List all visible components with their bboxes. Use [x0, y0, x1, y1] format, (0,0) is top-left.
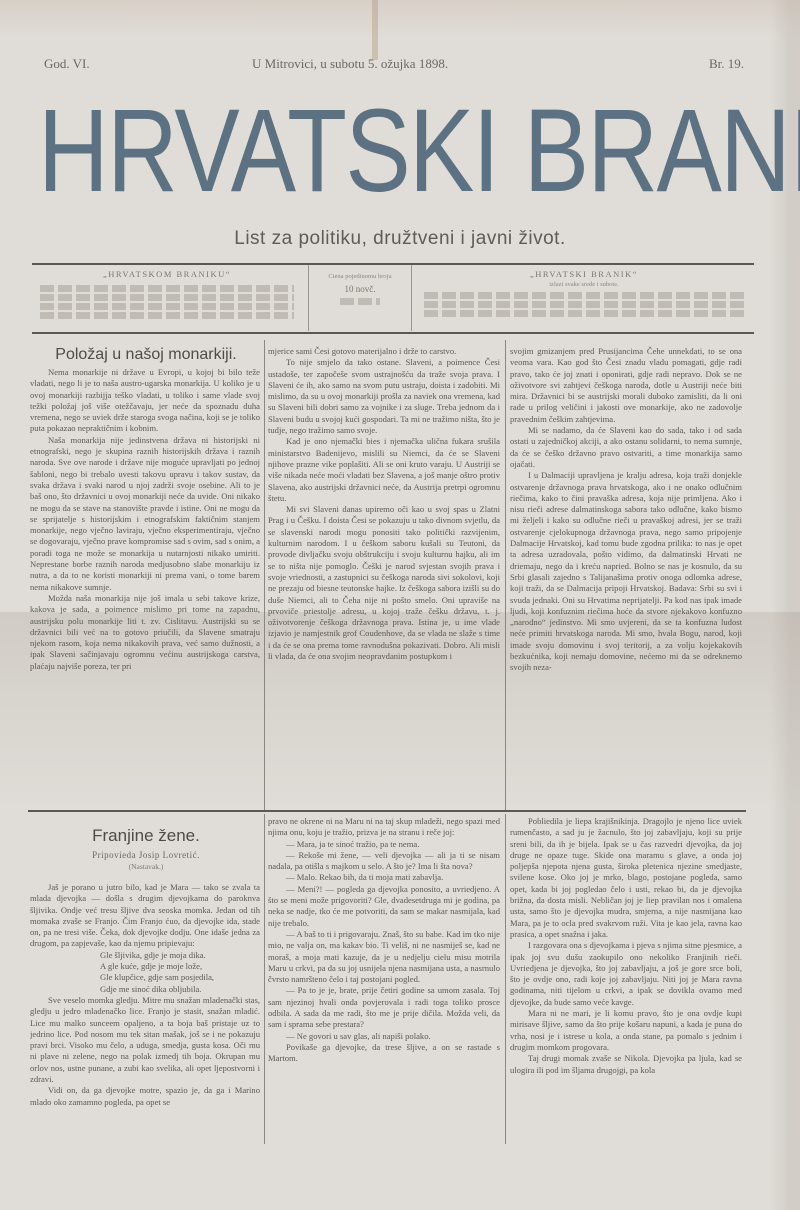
- paragraph: Mara ni ne mari, je li komu pravo, što j…: [510, 1008, 742, 1053]
- paragraph: mjerice sami Česi gotovo materijalno i d…: [268, 346, 500, 357]
- paragraph: — Rekoše mi žene, — veli djevojka — ali …: [268, 850, 500, 873]
- article-column-2: mjerice sami Česi gotovo materijalno i d…: [268, 346, 500, 806]
- story-column-2: pravo ne okrene ni na Maru ni na taj sku…: [268, 816, 500, 1136]
- issue-number: Br. 19.: [709, 56, 744, 72]
- paragraph: Vidi on, da ga djevojke motre, spazio je…: [30, 1085, 260, 1108]
- paragraph: I u Dalmaciji upravljena je kralju adres…: [510, 470, 742, 673]
- illegible-line: [40, 303, 294, 310]
- single-issue-price: Ciena pojedinomu broju 10 novč.: [308, 265, 412, 331]
- subscription-prices: „HRVATSKOM BRANIKU“: [32, 265, 302, 331]
- publication-info: „HRVATSKI BRANIK“ izlazi svake srede i s…: [416, 265, 752, 331]
- subscription-info-box: „HRVATSKOM BRANIKU“ Ciena pojedinomu bro…: [32, 265, 752, 335]
- volume-year: God. VI.: [44, 56, 90, 72]
- paragraph: To nije smjelo da tako ostane. Slaveni, …: [268, 357, 500, 436]
- paragraph: — Ne govori u sav glas, ali napiši polak…: [268, 1031, 500, 1042]
- story-headline: Franjine žene.: [30, 826, 262, 846]
- verse-line: Gle šljivika, gdje je moja dika.: [30, 950, 260, 961]
- ornament: [340, 298, 380, 305]
- article-headline: Položaj u našoj monarkiji.: [30, 346, 262, 364]
- illegible-line: [40, 285, 294, 292]
- verse-line: Gle klupčice, gdje sam posjedila,: [30, 972, 260, 983]
- paragraph: I razgovara ona s djevojkama i pjeva s n…: [510, 940, 742, 1008]
- illegible-line: [424, 301, 744, 308]
- paragraph: Taj drugi momak zvaše se Nikola. Djevojk…: [510, 1053, 742, 1076]
- newspaper-title: HRVATSKI BRANIK: [38, 86, 619, 216]
- verse-line: A gle kuće, gdje je moje lože,: [30, 961, 260, 972]
- article-column-1: Nema monarkije ni države u Evropi, u koj…: [30, 367, 260, 807]
- paragraph: Nema monarkije ni države u Evropi, u koj…: [30, 367, 260, 435]
- section-divider: [28, 810, 746, 812]
- verse-line: Gdje me sinoć dika obljubila.: [30, 984, 260, 995]
- masthead-info-line: God. VI. U Mitrovici, u subotu 5. ožujka…: [44, 56, 744, 74]
- story-continued-note: (Nastavak.): [30, 862, 262, 871]
- article-column-3: svojim gmizanjem pred Prusijancima Čehe …: [510, 346, 742, 806]
- paragraph: Mi se nadamo, da će Slaveni kao do sada,…: [510, 425, 742, 470]
- subscription-heading: „HRVATSKOM BRANIKU“: [32, 269, 302, 279]
- paragraph: Pobliedila je liepa krajišnikinja. Drago…: [510, 816, 742, 940]
- column-divider: [505, 814, 506, 1144]
- paragraph: Jaš je porano u jutro bilo, kad je Mara …: [30, 882, 260, 950]
- paragraph: svojim gmizanjem pred Prusijancima Čehe …: [510, 346, 742, 425]
- paragraph: Mi svi Slaveni danas upiremo oči kao u s…: [268, 504, 500, 662]
- story-column-3: Pobliedila je liepa krajišnikinja. Drago…: [510, 816, 742, 1136]
- publication-heading: „HRVATSKI BRANIK“: [416, 269, 752, 279]
- paragraph: Kad je ono njemački bies i njemačka ulič…: [268, 436, 500, 504]
- illegible-line: [40, 312, 294, 319]
- paragraph: — A baš to ti i prigovaraju. Znaš, što s…: [268, 929, 500, 985]
- paragraph: — Mara, ja te sinoć tražio, pa te nema.: [268, 839, 500, 850]
- paragraph: pravo ne okrene ni na Maru ni na taj sku…: [268, 816, 500, 839]
- paragraph: — Pa to je je, brate, prije četiri godin…: [268, 985, 500, 1030]
- newspaper-subtitle: List za politiku, družtveni i javni živo…: [0, 228, 800, 250]
- paragraph: Sve veselo momka gledju. Mitre mu snažan…: [30, 995, 260, 1085]
- illegible-line: [424, 292, 744, 299]
- story-byline: Pripovieda Josip Lovretić.: [30, 850, 262, 860]
- price-label: Ciena pojedinomu broju: [309, 273, 411, 280]
- paper-stain: [372, 0, 378, 60]
- illegible-line: [424, 310, 744, 317]
- paragraph: Možda naša monarkija nije još imala u se…: [30, 593, 260, 672]
- paragraph: — Meni?! — pogleda ga djevojka ponosito,…: [268, 884, 500, 929]
- column-divider: [264, 340, 265, 810]
- column-divider: [505, 340, 506, 810]
- story-column-1: Jaš je porano u jutro bilo, kad je Mara …: [30, 882, 260, 1142]
- paragraph: — Malo. Rekao bih, da ti moja mati zabav…: [268, 872, 500, 883]
- place-date: U Mitrovici, u subotu 5. ožujka 1898.: [252, 56, 448, 72]
- publication-frequency: izlazi svake srede i subote.: [416, 281, 752, 288]
- paragraph: Povikaše ga djevojke, da trese šljive, a…: [268, 1042, 500, 1065]
- paragraph: Naša monarkija nije jedinstvena država n…: [30, 435, 260, 593]
- illegible-line: [40, 294, 294, 301]
- column-divider: [264, 814, 265, 1144]
- price-value: 10 novč.: [309, 284, 411, 294]
